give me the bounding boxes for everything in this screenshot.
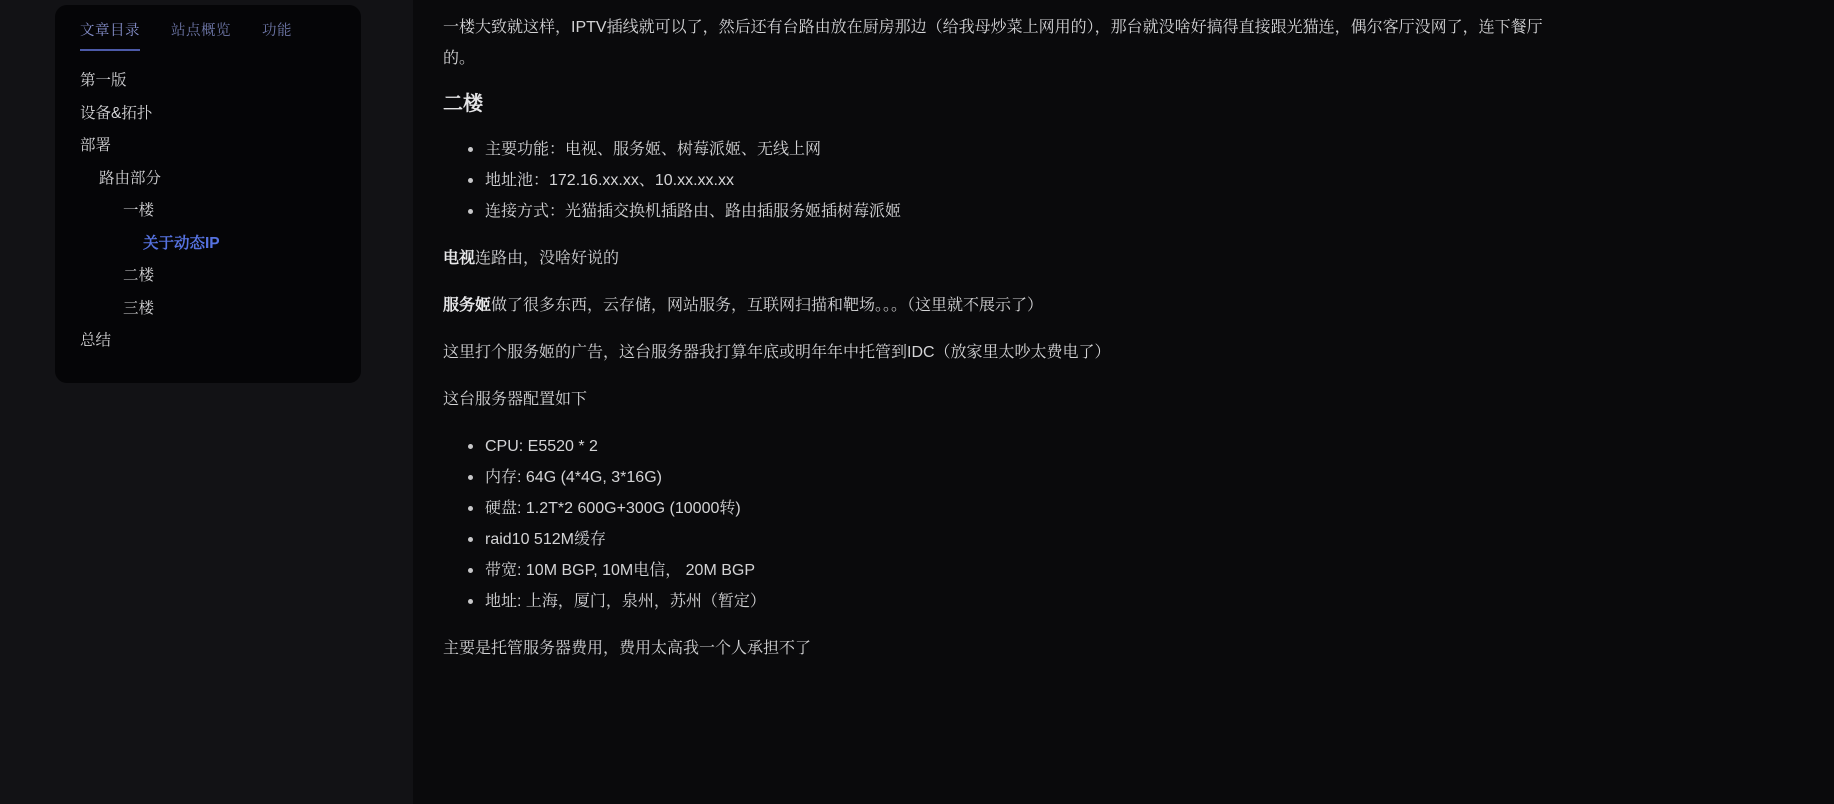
paragraph: 一楼大致就这样，IPTV插线就可以了，然后还有台路由放在厨房那边（给我母炒菜上网… bbox=[443, 12, 1549, 74]
article-body: 一楼大致就这样，IPTV插线就可以了，然后还有台路由放在厨房那边（给我母炒菜上网… bbox=[443, 12, 1549, 664]
text-run: 做了很多东西，云存储，网站服务，互联网扫描和靶场。。。（这里就不展示了） bbox=[491, 297, 1043, 314]
left-rail: 文章目录站点概览功能 第一版设备&拓扑部署路由部分一楼关于动态IP二楼三楼总结 bbox=[0, 0, 413, 804]
bullet-list-item: CPU: E5520 * 2 bbox=[468, 431, 1549, 462]
bullet-list-item: 带宽: 10M BGP, 10M电信， 20M BGP bbox=[468, 555, 1549, 586]
bullet-list-item: 地址池：172.16.xx.xx、10.xx.xx.xx bbox=[468, 165, 1549, 196]
paragraph: 服务姬做了很多东西，云存储，网站服务，互联网扫描和靶场。。。（这里就不展示了） bbox=[443, 290, 1549, 321]
toc-item[interactable]: 第一版 bbox=[55, 65, 361, 98]
sidebar-tab[interactable]: 功能 bbox=[262, 19, 292, 49]
toc-item[interactable]: 部署 bbox=[55, 130, 361, 163]
toc-panel: 文章目录站点概览功能 第一版设备&拓扑部署路由部分一楼关于动态IP二楼三楼总结 bbox=[55, 5, 361, 383]
toc-item[interactable]: 关于动态IP bbox=[55, 228, 361, 261]
text-run: 连路由，没啥好说的 bbox=[475, 250, 619, 267]
toc-item[interactable]: 一楼 bbox=[55, 195, 361, 228]
paragraph: 这里打个服务姬的广告，这台服务器我打算年底或明年年中托管到IDC（放家里太吵太费… bbox=[443, 337, 1549, 368]
sidebar-tab[interactable]: 站点概览 bbox=[171, 19, 231, 49]
bullet-list-item: 地址: 上海，厦门，泉州，苏州（暂定） bbox=[468, 586, 1549, 617]
paragraph: 主要是托管服务器费用，费用太高我一个人承担不了 bbox=[443, 633, 1549, 664]
toc-list: 第一版设备&拓扑部署路由部分一楼关于动态IP二楼三楼总结 bbox=[55, 65, 361, 358]
bold-text-run: 服务姬 bbox=[443, 297, 491, 314]
text-run: 这里打个服务姬的广告，这台服务器我打算年底或明年年中托管到IDC（放家里太吵太费… bbox=[443, 344, 1111, 361]
bullet-list: 主要功能：电视、服务姬、树莓派姬、无线上网地址池：172.16.xx.xx、10… bbox=[468, 134, 1549, 227]
bullet-list-item: 内存: 64G (4*4G, 3*16G) bbox=[468, 462, 1549, 493]
text-run: 主要是托管服务器费用，费用太高我一个人承担不了 bbox=[443, 640, 811, 657]
paragraph: 这台服务器配置如下 bbox=[443, 384, 1549, 415]
toc-item[interactable]: 路由部分 bbox=[55, 163, 361, 196]
section-heading: 二楼 bbox=[443, 90, 1549, 118]
sidebar-tab[interactable]: 文章目录 bbox=[80, 19, 140, 51]
bullet-list-item: 连接方式：光猫插交换机插路由、路由插服务姬插树莓派姬 bbox=[468, 196, 1549, 227]
bullet-list-item: raid10 512M缓存 bbox=[468, 524, 1549, 555]
toc-item[interactable]: 三楼 bbox=[55, 293, 361, 326]
text-run: 这台服务器配置如下 bbox=[443, 391, 587, 408]
toc-item[interactable]: 设备&拓扑 bbox=[55, 98, 361, 131]
paragraph: 电视连路由，没啥好说的 bbox=[443, 243, 1549, 274]
bold-text-run: 电视 bbox=[443, 250, 475, 267]
bullet-list-item: 硬盘: 1.2T*2 600G+300G (10000转) bbox=[468, 493, 1549, 524]
toc-item[interactable]: 二楼 bbox=[55, 260, 361, 293]
toc-item[interactable]: 总结 bbox=[55, 325, 361, 358]
bullet-list: CPU: E5520 * 2内存: 64G (4*4G, 3*16G)硬盘: 1… bbox=[468, 431, 1549, 617]
bullet-list-item: 主要功能：电视、服务姬、树莓派姬、无线上网 bbox=[468, 134, 1549, 165]
toc-panel-tabs: 文章目录站点概览功能 bbox=[55, 19, 361, 51]
article-pane[interactable]: 一楼大致就这样，IPTV插线就可以了，然后还有台路由放在厨房那边（给我母炒菜上网… bbox=[413, 0, 1834, 804]
text-run: 一楼大致就这样，IPTV插线就可以了，然后还有台路由放在厨房那边（给我母炒菜上网… bbox=[443, 19, 1543, 67]
